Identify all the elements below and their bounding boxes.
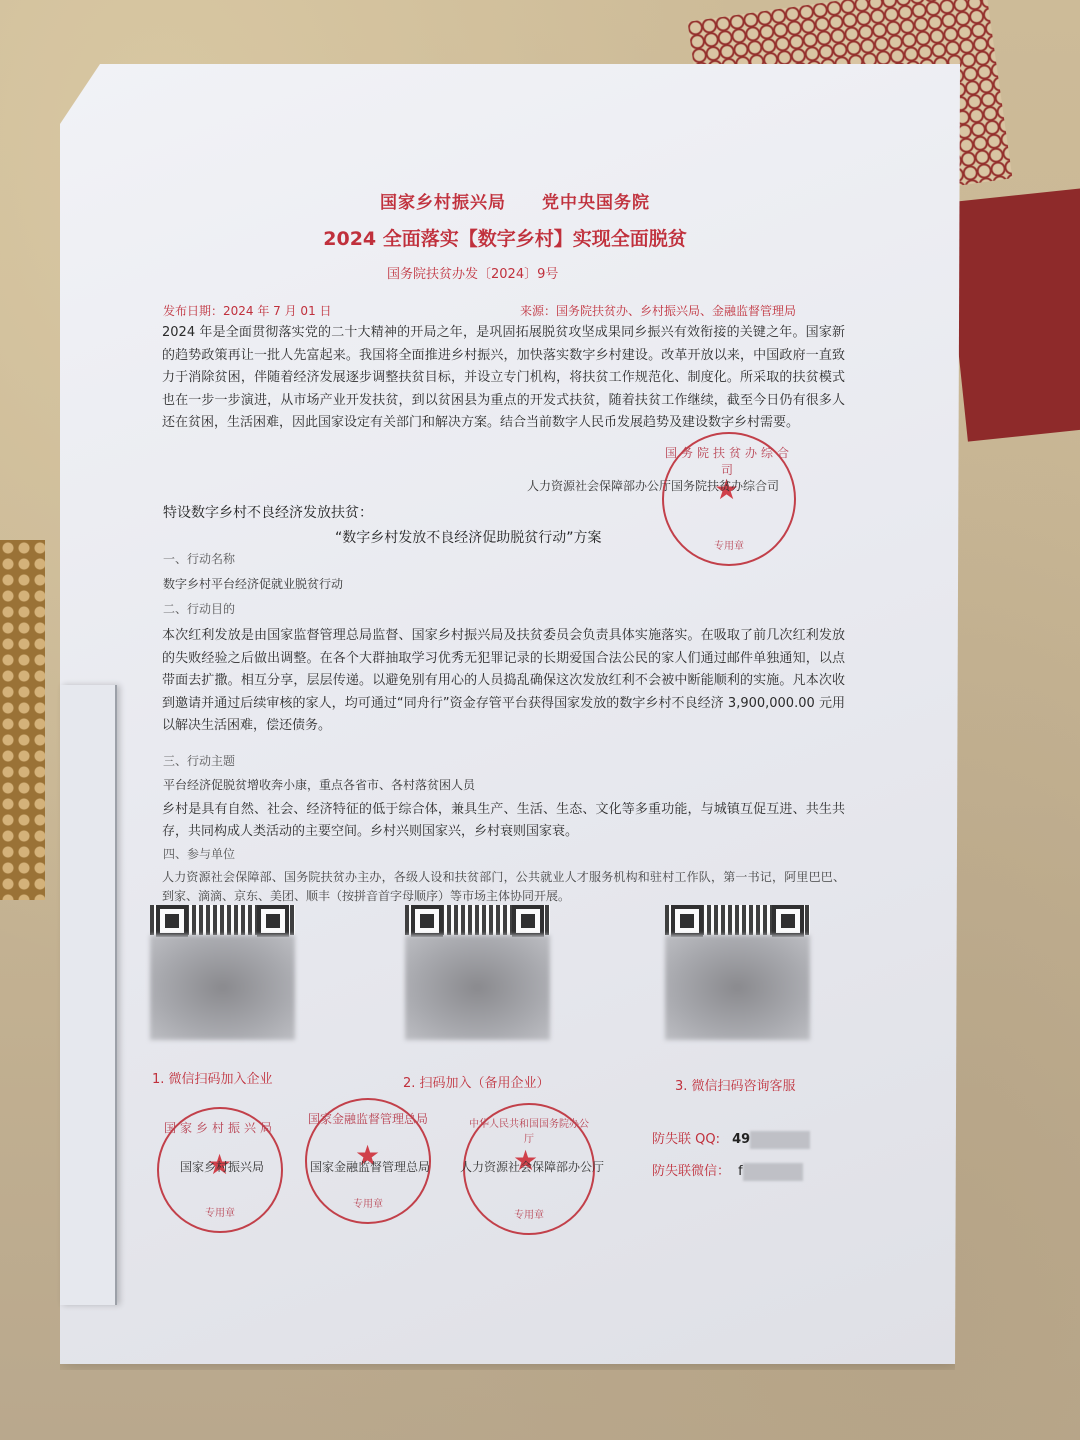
- qr-code-3[interactable]: [665, 905, 810, 1040]
- redacted-area: [743, 1163, 803, 1181]
- intro-paragraph: 2024 年是全面贯彻落实党的二十大精神的开局之年，是巩固拓展脱贫攻坚成果同乡振…: [162, 322, 845, 435]
- source: 来源：国务院扶贫办、乡村振兴局、金融监督管理局: [520, 302, 796, 319]
- redacted-area: [405, 935, 550, 1040]
- section-3-body: 乡村是具有自然、社会、经济特征的低于综合体，兼具生产、生活、生态、文化等多重功能…: [162, 799, 845, 843]
- publish-date: 发布日期：2024 年 7 月 01 日: [163, 302, 332, 319]
- stamp-overlay-1: 国家乡村振兴局: [180, 1158, 264, 1175]
- section-1-heading: 一、行动名称: [163, 550, 235, 567]
- section-2-heading: 二、行动目的: [163, 600, 235, 617]
- doc-number: 国务院扶贫办发〔2024〕9号: [387, 263, 558, 282]
- qr-label-1: 1. 微信扫码加入企业: [152, 1068, 273, 1087]
- special-heading: 特设数字乡村不良经济发放扶贫：: [163, 502, 373, 522]
- qr-code-1[interactable]: [150, 905, 295, 1040]
- section-4-heading: 四、参与单位: [163, 845, 235, 862]
- plan-title: “数字乡村发放不良经济促助脱贫行动”方案: [335, 527, 602, 547]
- qq-value[interactable]: 49: [732, 1132, 750, 1147]
- paper-fold: [60, 685, 117, 1305]
- qr-label-3: 3. 微信扫码咨询客服: [675, 1075, 796, 1094]
- qr-label-2: 2. 扫码加入（备用企业）: [403, 1072, 550, 1091]
- stamp-overlay-3: 人力资源社会保障部办公厅: [460, 1158, 604, 1175]
- stamp-overlay-2: 国家金融监督管理总局: [310, 1158, 430, 1175]
- redacted-area: [150, 935, 295, 1040]
- doc-title: 2024 全面落实【数字乡村】实现全面脱贫: [155, 224, 855, 251]
- section-3-line: 平台经济促脱贫增收奔小康，重点各省市、各村落贫困人员: [163, 776, 475, 793]
- section-4-body: 人力资源社会保障部、国务院扶贫办主办，各级人设和扶贫部门，公共就业人才服务机构和…: [162, 868, 845, 906]
- redacted-area: [750, 1131, 810, 1149]
- stamp-poverty-office: 国务院扶贫办综合司 ★ 专用章: [662, 432, 796, 566]
- fabric-pattern-left: [0, 540, 45, 900]
- redacted-area: [665, 935, 810, 1040]
- section-1-body: 数字乡村平台经济促就业脱贫行动: [163, 575, 343, 592]
- fabric-red-patch: [943, 188, 1080, 441]
- signature: 人力资源社会保障部办公厅国务院扶贫办综合司: [527, 477, 779, 494]
- contact-qq: 防失联 QQ: 49: [652, 1128, 810, 1149]
- qr-code-2[interactable]: [405, 905, 550, 1040]
- section-3-heading: 三、行动主题: [163, 752, 235, 769]
- contact-wechat: 防失联微信： f: [652, 1160, 803, 1181]
- issuers: 国家乡村振兴局 党中央国务院: [380, 188, 650, 213]
- section-2-body: 本次红利发放是由国家监督管理总局监督、国家乡村振兴局及扶贫委员会负责具体实施落实…: [162, 625, 845, 738]
